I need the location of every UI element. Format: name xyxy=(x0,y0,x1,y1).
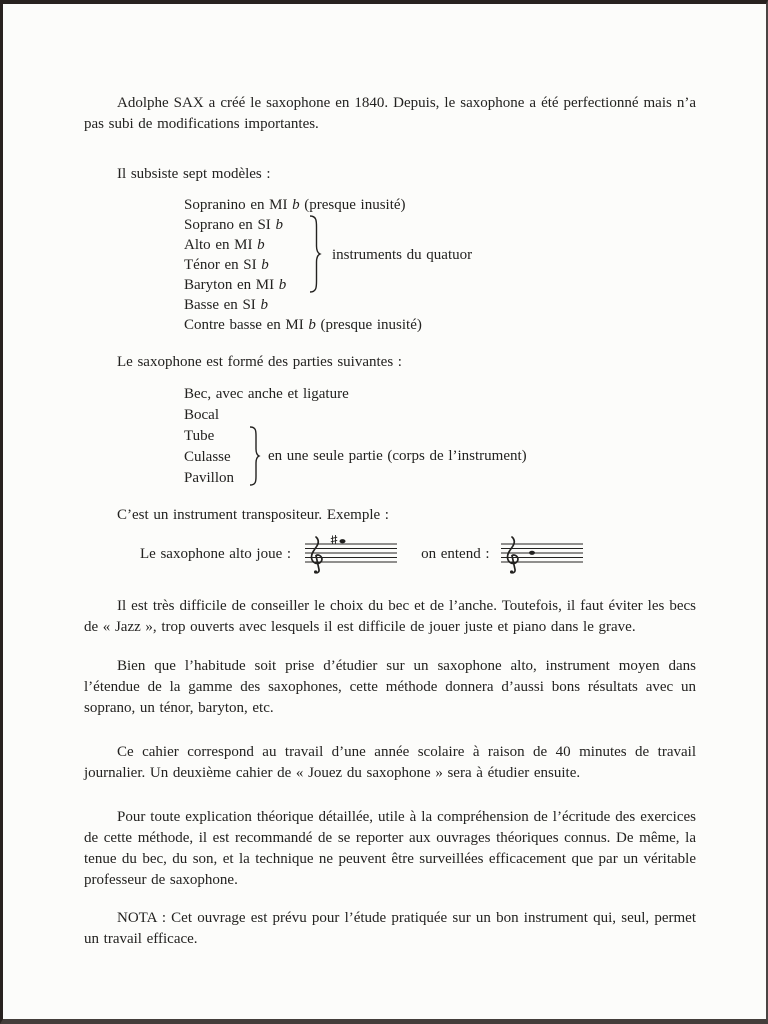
list-item: Soprano en SI b xyxy=(184,215,696,235)
list-item: Bocal xyxy=(184,405,696,426)
models-brace-label: instruments du quatuor xyxy=(332,245,472,265)
treble-clef-icon xyxy=(507,537,517,574)
paragraph-nota: NOTA : Cet ouvrage est prévu pour l’étud… xyxy=(84,908,696,950)
model-name: Contre basse en MI xyxy=(184,317,308,333)
transposing-heading: C’est un instrument transpositeur. Exemp… xyxy=(84,505,696,526)
music-staff-heard xyxy=(499,534,585,574)
music-example-row: Le saxophone alto joue : on entend : xyxy=(140,534,696,574)
model-name: Baryton en MI xyxy=(184,277,279,293)
brace-icon xyxy=(248,425,260,487)
model-name: Ténor en SI xyxy=(184,257,261,273)
paragraph-alto-study: Bien que l’habitude soit prise d’étudier… xyxy=(84,656,696,719)
flat-sign: b xyxy=(279,277,287,293)
model-name: Alto en MI xyxy=(184,237,257,253)
document-page: Adolphe SAX a créé le saxophone en 1840.… xyxy=(0,0,768,1024)
sharp-icon xyxy=(331,535,337,544)
paragraph-intro-sax-history: Adolphe SAX a créé le saxophone en 1840.… xyxy=(84,93,696,135)
model-note: (presque inusité) xyxy=(316,317,422,333)
flat-sign: b xyxy=(275,217,283,233)
paragraph-yearly-work: Ce cahier correspond au travail d’une an… xyxy=(84,742,696,784)
flat-sign: b xyxy=(257,237,265,253)
model-name: Sopranino en MI xyxy=(184,197,292,213)
list-item: Basse en SI b xyxy=(184,295,696,315)
list-item: Baryton en MI b xyxy=(184,275,696,295)
note-head xyxy=(529,551,535,555)
flat-sign: b xyxy=(292,197,300,213)
models-list: Sopranino en MI b (presque inusité) Sopr… xyxy=(184,195,696,335)
heard-note-label: on entend : xyxy=(421,544,489,565)
list-item: Sopranino en MI b (presque inusité) xyxy=(184,195,696,215)
list-item: Tube xyxy=(184,426,696,447)
treble-clef-icon xyxy=(312,537,322,574)
model-note: (presque inusité) xyxy=(300,197,406,213)
note-head xyxy=(340,539,346,543)
brace-icon xyxy=(308,214,321,294)
parts-brace-label: en une seule partie (corps de l’instrume… xyxy=(268,446,527,467)
music-staff-played xyxy=(303,534,399,574)
models-list-heading: Il subsiste sept modèles : xyxy=(84,164,696,185)
flat-sign: b xyxy=(260,297,268,313)
parts-list-heading: Le saxophone est formé des parties suiva… xyxy=(84,352,696,373)
list-item: Contre basse en MI b (presque inusité) xyxy=(184,315,696,335)
list-item: Pavillon xyxy=(184,468,696,489)
model-name: Basse en SI xyxy=(184,297,260,313)
flat-sign: b xyxy=(308,317,316,333)
flat-sign: b xyxy=(261,257,269,273)
model-name: Soprano en SI xyxy=(184,217,275,233)
parts-list: Bec, avec anche et ligature Bocal Tube C… xyxy=(184,384,696,489)
list-item: Bec, avec anche et ligature xyxy=(184,384,696,405)
paragraph-theory-reference: Pour toute explication théorique détaill… xyxy=(84,807,696,891)
played-note-label: Le saxophone alto joue : xyxy=(140,544,291,565)
paragraph-mouthpiece-advice: Il est très difficile de conseiller le c… xyxy=(84,596,696,638)
